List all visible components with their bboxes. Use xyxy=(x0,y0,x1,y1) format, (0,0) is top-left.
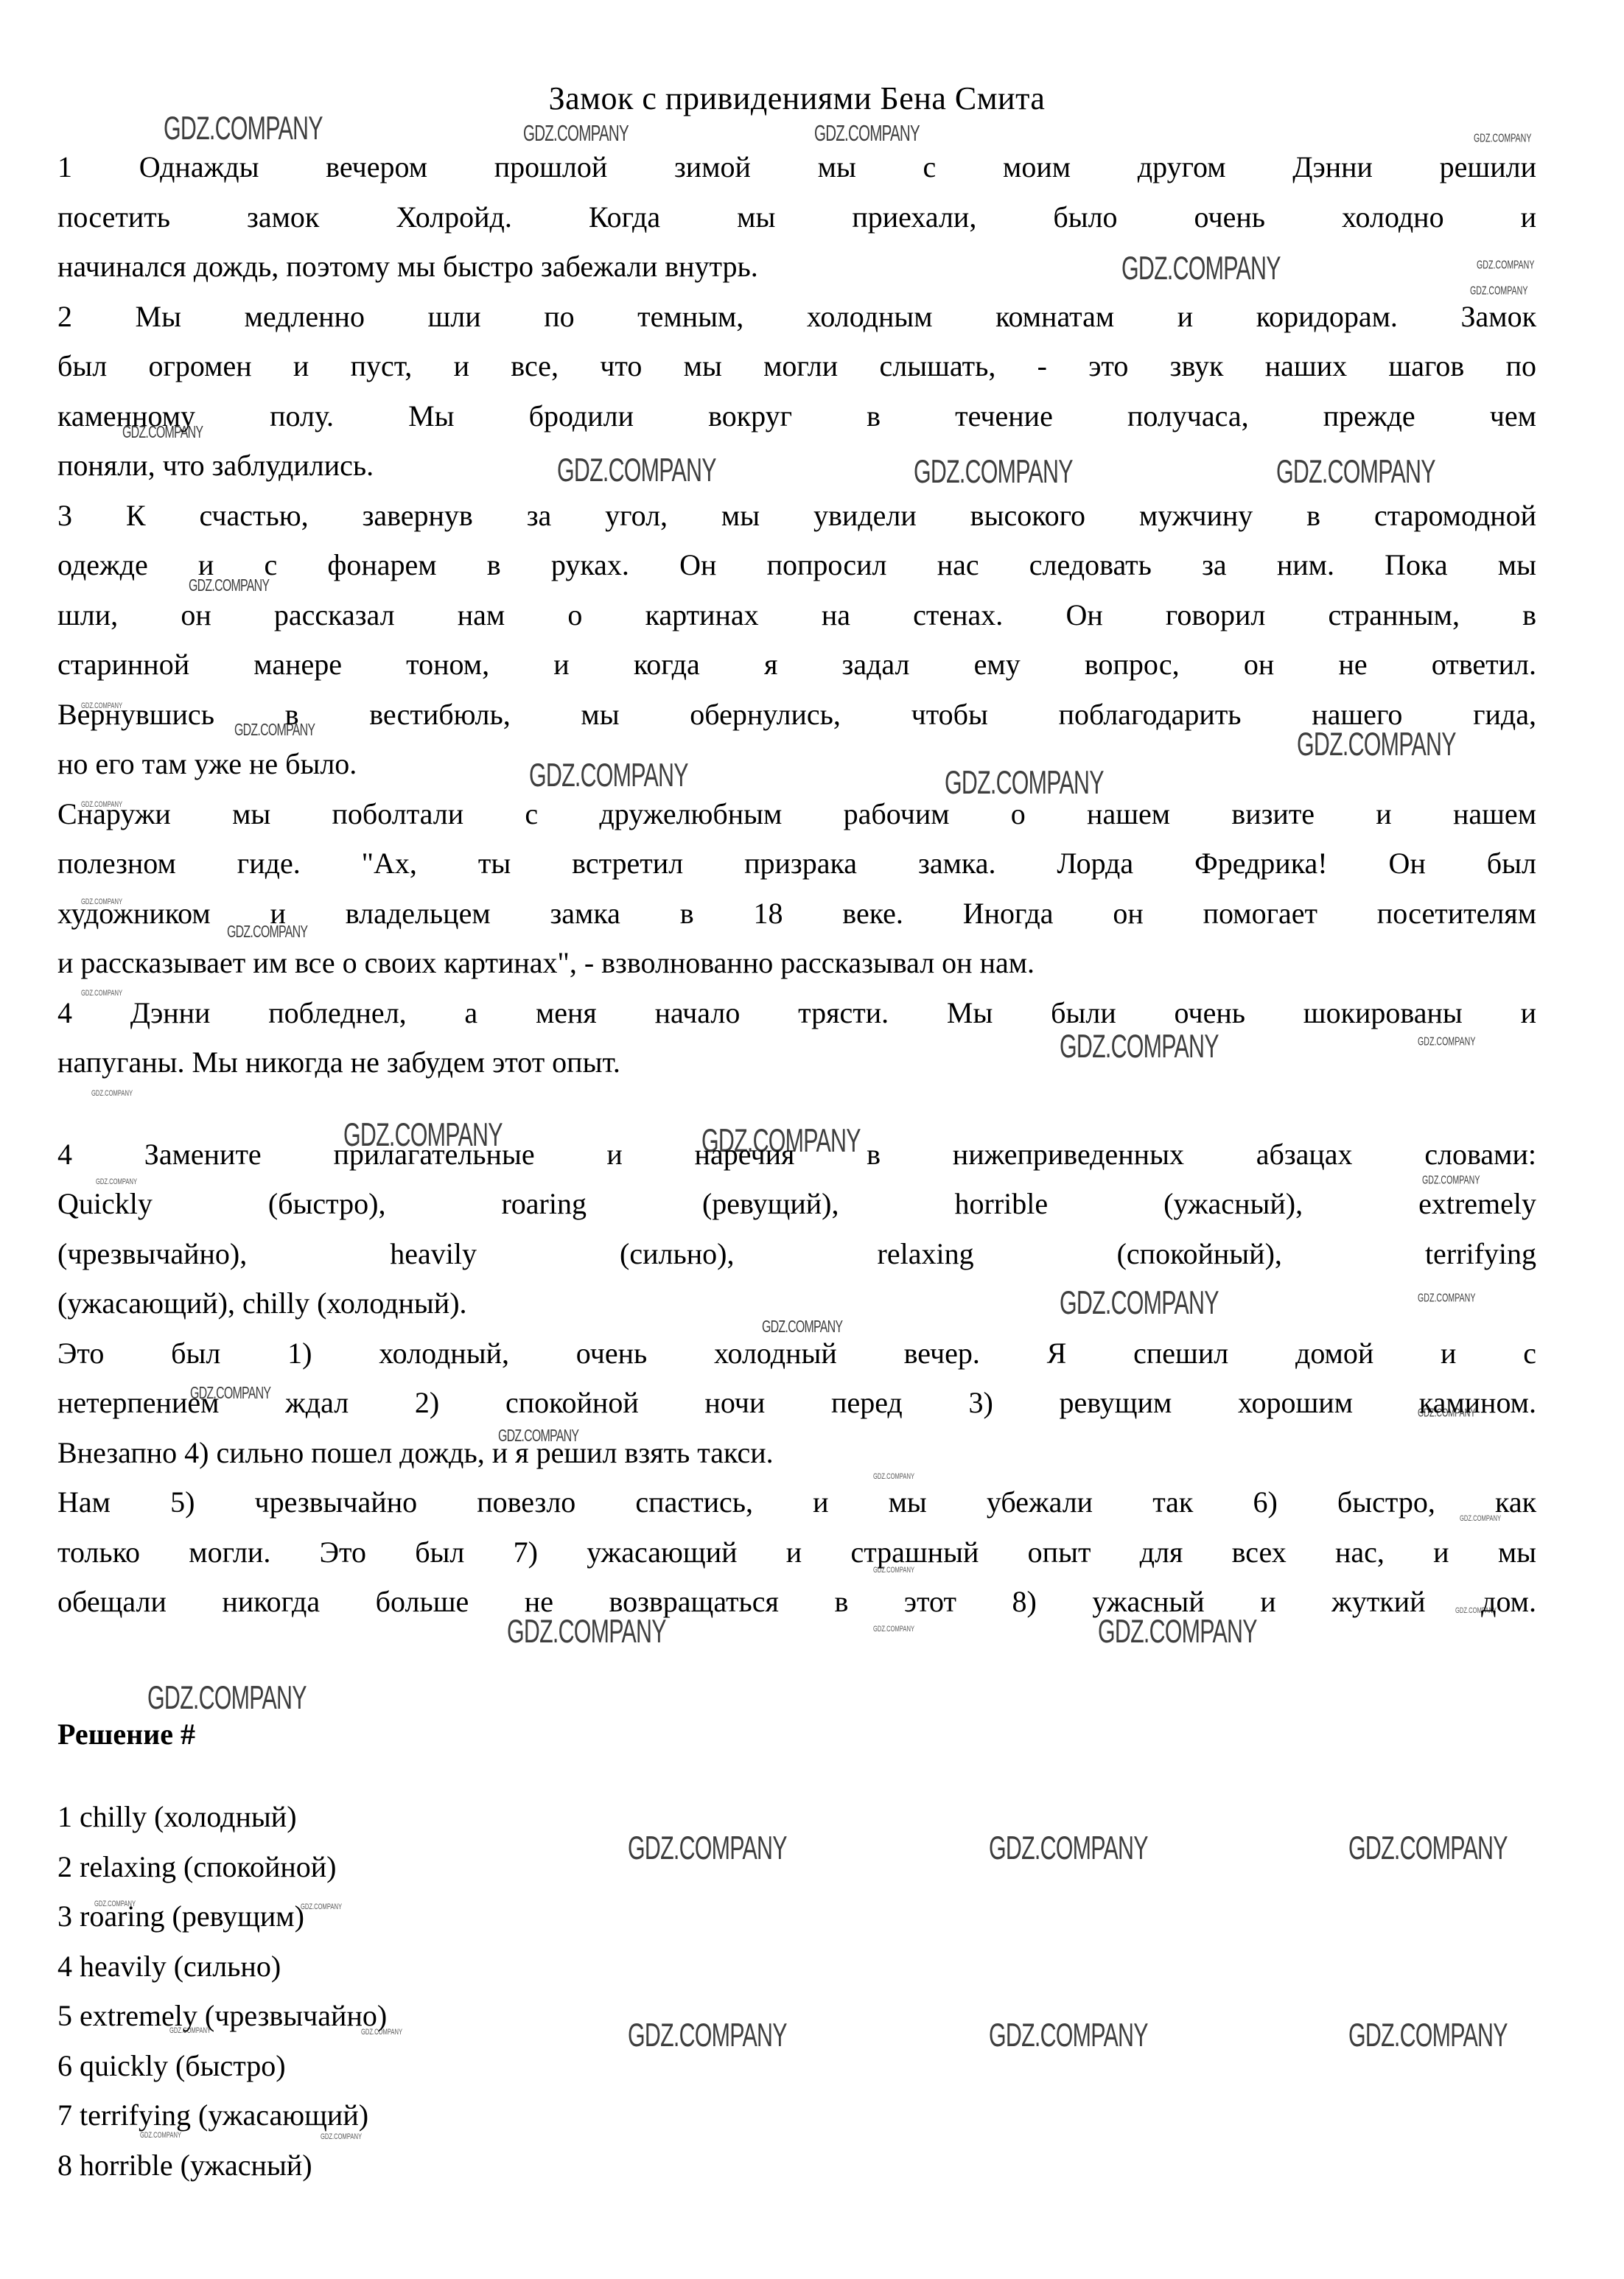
solution-item: 8 horrible (ужасный) xyxy=(57,2140,1536,2191)
text-line: поняли, что заблудились. xyxy=(57,441,1536,491)
solution-item: 4 heavily (сильно) xyxy=(57,1942,1536,1992)
solution-item: 2 relaxing (спокойной) xyxy=(57,1842,1536,1892)
paragraph: 2 Мы медленно шли по темным, холодным ко… xyxy=(57,292,1536,491)
solution-heading: Решение # xyxy=(57,1709,1536,1760)
paragraph: Это был 1) холодный, очень холодный вече… xyxy=(57,1328,1536,1627)
text-line: каменному полу. Мы бродили вокруг в тече… xyxy=(57,391,1536,441)
text-line: Это был 1) холодный, очень холодный вече… xyxy=(57,1328,1536,1379)
text-line: одежде и с фонарем в руках. Он попросил … xyxy=(57,540,1536,590)
text-line: 1 Однажды вечером прошлой зимой мы с мои… xyxy=(57,142,1536,192)
text-line: Quickly (быстро), roaring (ревущий), hor… xyxy=(57,1179,1536,1229)
text-line: Нам 5) чрезвычайно повезло спастись, и м… xyxy=(57,1477,1536,1527)
text-line: начинался дождь, поэтому мы быстро забеж… xyxy=(57,242,1536,292)
text-line: напуганы. Мы никогда не забудем этот опы… xyxy=(57,1037,1536,1088)
document-page: GDZ.COMPANYGDZ.COMPANYGDZ.COMPANYGDZ.COM… xyxy=(0,0,1624,2279)
solution-list: 1 chilly (холодный)2 relaxing (спокойной… xyxy=(57,1792,1536,2190)
document-content: Замок с привидениями Бена Смита 1 Однажд… xyxy=(57,0,1536,2190)
paragraph: 1 Однажды вечером прошлой зимой мы с мои… xyxy=(57,142,1536,292)
text-line: полезном гиде. "Ах, ты встретил призрака… xyxy=(57,839,1536,889)
text-line: и рассказывает им все о своих картинах",… xyxy=(57,938,1536,988)
solution-item: 7 terrifying (ужасающий) xyxy=(57,2090,1536,2140)
paragraph: 4 Дэнни побледнел, а меня начало трясти.… xyxy=(57,988,1536,1088)
text-line: но его там уже не было. xyxy=(57,739,1536,789)
paragraph: 3 К счастью, завернув за угол, мы увидел… xyxy=(57,491,1536,789)
text-line: посетить замок Холройд. Когда мы приехал… xyxy=(57,192,1536,242)
text-line: художником и владельцем замка в 18 веке.… xyxy=(57,889,1536,939)
solution-item: 5 extremely (чрезвычайно) xyxy=(57,1991,1536,2041)
text-line: 4 Замените прилагательные и наречия в ни… xyxy=(57,1130,1536,1180)
text-line: нетерпением ждал 2) спокойной ночи перед… xyxy=(57,1378,1536,1428)
document-title: Замок с привидениями Бена Смита xyxy=(57,74,1536,123)
paragraph: Снаружи мы поболтали с дружелюбным рабоч… xyxy=(57,789,1536,988)
text-line: (чрезвычайно), heavily (сильно), relaxin… xyxy=(57,1229,1536,1279)
text-line: 2 Мы медленно шли по темным, холодным ко… xyxy=(57,292,1536,342)
text-line: (ужасающий), chilly (холодный). xyxy=(57,1278,1536,1328)
text-line: Вернувшись в вестибюль, мы обернулись, ч… xyxy=(57,690,1536,740)
paragraph: 4 Замените прилагательные и наречия в ни… xyxy=(57,1130,1536,1180)
text-line: Внезапно 4) сильно пошел дождь, и я реши… xyxy=(57,1428,1536,1478)
text-line: 3 К счастью, завернув за угол, мы увидел… xyxy=(57,491,1536,541)
solution-item: 6 quickly (быстро) xyxy=(57,2041,1536,2091)
paragraphs: 1 Однажды вечером прошлой зимой мы с мои… xyxy=(57,142,1536,1627)
text-line: шли, он рассказал нам о картинах на стен… xyxy=(57,590,1536,640)
solution-item: 3 roaring (ревущим) xyxy=(57,1891,1536,1942)
text-line: был огромен и пуст, и все, что мы могли … xyxy=(57,341,1536,391)
solution-item: 1 chilly (холодный) xyxy=(57,1792,1536,1842)
text-line: 4 Дэнни побледнел, а меня начало трясти.… xyxy=(57,988,1536,1038)
text-line: старинной манере тоном, и когда я задал … xyxy=(57,640,1536,690)
text-line: Снаружи мы поболтали с дружелюбным рабоч… xyxy=(57,789,1536,839)
paragraph: Quickly (быстро), roaring (ревущий), hor… xyxy=(57,1179,1536,1328)
text-line: только могли. Это был 7) ужасающий и стр… xyxy=(57,1527,1536,1578)
text-line: обещали никогда больше не возвращаться в… xyxy=(57,1577,1536,1627)
